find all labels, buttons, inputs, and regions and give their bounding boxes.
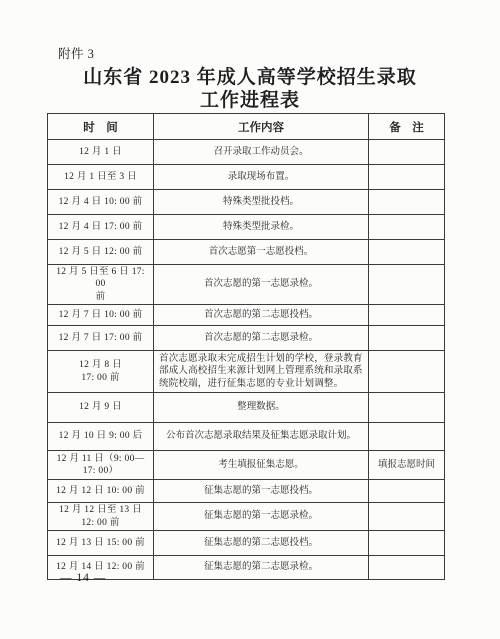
document-page: 附件 3 山东省 2023 年成人高等学校招生录取 工作进程表 时 间 工作内容…	[0, 0, 500, 639]
remark-cell	[369, 351, 445, 393]
time-cell: 12 月 13 日 15: 00 前	[48, 531, 154, 556]
content-cell: 首次志愿的第二志愿投档。	[154, 305, 369, 326]
table-header-row: 时 间 工作内容 备 注	[48, 114, 445, 140]
remark-cell	[369, 140, 445, 165]
header-content: 工作内容	[154, 114, 369, 140]
time-cell: 12 月 9 日	[48, 393, 154, 423]
remark-cell: 填报志愿时间	[369, 451, 445, 480]
remark-cell	[369, 265, 445, 305]
content-cell: 特殊类型批投档。	[154, 190, 369, 215]
table-row: 12 月 12 日 10: 00 前 征集志愿的第一志愿投档。	[48, 480, 445, 503]
table-row: 12 月 7 日 10: 00 前 首次志愿的第二志愿投档。	[48, 305, 445, 326]
time-cell: 12 月 10 日 9: 00 后	[48, 423, 154, 451]
table-row: 12 月 5 日至 6 日 17: 00 前 首次志愿的第一志愿录检。	[48, 265, 445, 305]
content-cell: 征集志愿的第二志愿录检。	[154, 556, 369, 580]
remark-cell	[369, 503, 445, 531]
content-cell: 首次志愿第一志愿投档。	[154, 240, 369, 265]
content-cell: 录取现场布置。	[154, 165, 369, 190]
remark-cell	[369, 190, 445, 215]
schedule-table: 时 间 工作内容 备 注 12 月 1 日 召开录取工作动员会。 12 月 1 …	[47, 113, 445, 580]
table-row: 12 月 1 日至 3 日 录取现场布置。	[48, 165, 445, 190]
content-cell: 首次志愿的第一志愿录检。	[154, 265, 369, 305]
table-row: 12 月 4 日 10: 00 前 特殊类型批投档。	[48, 190, 445, 215]
remark-cell	[369, 165, 445, 190]
remark-cell	[369, 480, 445, 503]
content-cell: 整理数据。	[154, 393, 369, 423]
time-cell: 12 月 4 日 10: 00 前	[48, 190, 154, 215]
time-cell: 12 月 8 日 17: 00 前	[48, 351, 154, 393]
remark-cell	[369, 305, 445, 326]
document-title-line1: 山东省 2023 年成人高等学校招生录取	[0, 66, 500, 89]
time-cell: 12 月 7 日 17: 00 前	[48, 326, 154, 351]
attachment-label: 附件 3	[58, 44, 94, 62]
remark-cell	[369, 215, 445, 240]
content-cell: 征集志愿的第一志愿录检。	[154, 503, 369, 531]
time-cell: 12 月 4 日 17: 00 前	[48, 215, 154, 240]
page-number: — 14 —	[60, 572, 106, 584]
content-cell: 首次志愿的第二志愿录检。	[154, 326, 369, 351]
table-row: 12 月 13 日 15: 00 前 征集志愿的第二志愿投档。	[48, 531, 445, 556]
content-cell: 特殊类型批录检。	[154, 215, 369, 240]
header-remark: 备 注	[369, 114, 445, 140]
time-cell: 12 月 5 日 12: 00 前	[48, 240, 154, 265]
remark-cell	[369, 326, 445, 351]
time-cell: 12 月 12 日 10: 00 前	[48, 480, 154, 503]
remark-cell	[369, 531, 445, 556]
document-title: 山东省 2023 年成人高等学校招生录取 工作进程表	[0, 66, 500, 112]
table-row: 12 月 14 日 12: 00 前 征集志愿的第二志愿录检。	[48, 556, 445, 580]
remark-cell	[369, 393, 445, 423]
document-title-line2: 工作进程表	[0, 89, 500, 112]
table-row: 12 月 11 日（9: 00— 17: 00） 考生填报征集志愿。 填报志愿时…	[48, 451, 445, 480]
table-row: 12 月 9 日 整理数据。	[48, 393, 445, 423]
table-row: 12 月 8 日 17: 00 前 首次志愿录取未完成招生计划的学校，登录教育部…	[48, 351, 445, 393]
content-cell: 召开录取工作动员会。	[154, 140, 369, 165]
table-row: 12 月 4 日 17: 00 前 特殊类型批录检。	[48, 215, 445, 240]
time-cell: 12 月 7 日 10: 00 前	[48, 305, 154, 326]
content-cell: 征集志愿的第二志愿投档。	[154, 531, 369, 556]
table-row: 12 月 1 日 召开录取工作动员会。	[48, 140, 445, 165]
remark-cell	[369, 556, 445, 580]
remark-cell	[369, 423, 445, 451]
time-cell: 12 月 11 日（9: 00— 17: 00）	[48, 451, 154, 480]
header-time: 时 间	[48, 114, 154, 140]
time-cell: 12 月 1 日至 3 日	[48, 165, 154, 190]
content-cell: 公布首次志愿录取结果及征集志愿录取计划。	[154, 423, 369, 451]
content-cell: 征集志愿的第一志愿投档。	[154, 480, 369, 503]
remark-cell	[369, 240, 445, 265]
table-row: 12 月 10 日 9: 00 后 公布首次志愿录取结果及征集志愿录取计划。	[48, 423, 445, 451]
time-cell: 12 月 1 日	[48, 140, 154, 165]
content-cell: 考生填报征集志愿。	[154, 451, 369, 480]
table-row: 12 月 7 日 17: 00 前 首次志愿的第二志愿录检。	[48, 326, 445, 351]
table-row: 12 月 12 日至 13 日 12: 00 前 征集志愿的第一志愿录检。	[48, 503, 445, 531]
time-cell: 12 月 12 日至 13 日 12: 00 前	[48, 503, 154, 531]
time-cell: 12 月 5 日至 6 日 17: 00 前	[48, 265, 154, 305]
content-cell: 首次志愿录取未完成招生计划的学校，登录教育部成人高校招生来源计划网上管理系统和录…	[154, 351, 369, 393]
table-row: 12 月 5 日 12: 00 前 首次志愿第一志愿投档。	[48, 240, 445, 265]
